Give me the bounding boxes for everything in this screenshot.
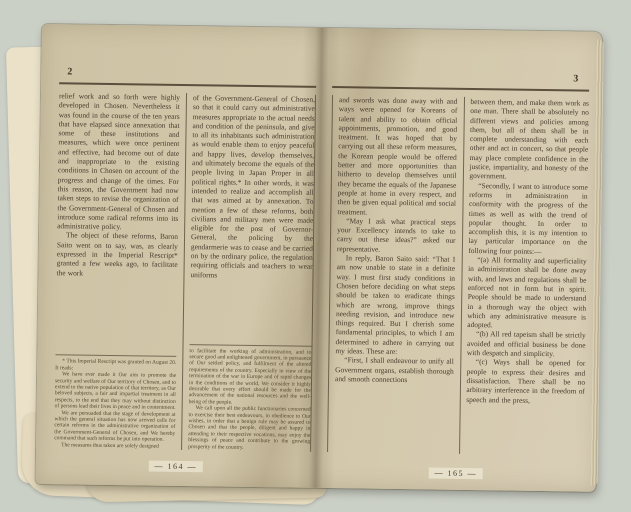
paragraph: “(a) All formality and superficiality in… (467, 255, 587, 331)
paragraph: The object of these reforms, Baron Saito… (56, 231, 178, 279)
paragraph: “Secondly, I want to introduce some refo… (468, 181, 588, 257)
open-book: 2 relief work and so forth were highly d… (36, 24, 602, 492)
column-2: of the Government-General of Chosen, so … (181, 93, 315, 452)
paragraph: We call upon all the public functionarie… (188, 405, 311, 452)
page-right-header: 3 (332, 54, 589, 92)
page-right: 3 and swords was done away with and ways… (316, 28, 602, 492)
paragraph: We have ever made it Our aim to promote … (55, 371, 177, 411)
header-rule (332, 86, 589, 92)
photo-backdrop: 2 relief work and so forth were highly d… (0, 0, 631, 512)
footer-page-number: — 165 — (428, 467, 483, 479)
paragraph: of the Government-General of Chosen, so … (190, 93, 315, 281)
body-text: between them, and make them work as one … (466, 97, 589, 405)
footer-page-number: — 164 — (149, 461, 204, 473)
page-left: 2 relief work and so forth were highly d… (36, 24, 322, 488)
page-right-content: 3 and swords was done away with and ways… (327, 54, 590, 456)
paragraph: “(c) Ways shall be opened for people to … (466, 357, 585, 405)
paragraph: to facilitate the working of administrat… (189, 348, 312, 407)
paragraph: “(b) All red tapeism shall be strictly a… (467, 329, 586, 359)
footnote: * This Imperial Rescript was granted on … (54, 355, 176, 450)
paragraph: In reply, Baron Saito said: “That I am n… (335, 253, 455, 357)
page-right-columns: and swords was done away with and ways w… (327, 95, 589, 456)
header-rule (59, 82, 316, 88)
page-number-left: 2 (67, 66, 73, 77)
paragraph: “First, I shall endeavour to unify all G… (335, 355, 454, 385)
column-1: relief work and so forth were highly dev… (54, 91, 180, 450)
body-text: and swords was done away with and ways w… (335, 95, 458, 385)
paragraph: “May I ask what practical steps your Exc… (337, 216, 456, 255)
paragraph: between them, and make them work as one … (469, 97, 589, 182)
paragraph: relief work and so forth were highly dev… (57, 91, 180, 232)
page-right-footer: — 165 — (316, 461, 596, 483)
page-left-footer: — 164 — (36, 454, 316, 476)
body-text: of the Government-General of Chosen, so … (190, 93, 315, 281)
page-left-header: 2 (59, 50, 316, 88)
page-left-content: 2 relief work and so forth were highly d… (54, 50, 317, 452)
body-text: relief work and so forth were highly dev… (56, 91, 180, 279)
page-left-columns: relief work and so forth were highly dev… (54, 91, 316, 452)
paragraph: and swords was done away with and ways w… (337, 95, 457, 218)
column-1: and swords was done away with and ways w… (334, 95, 457, 454)
paragraph: The measures thus taken are solely desig… (54, 442, 175, 450)
column-2: between them, and make them work as one … (459, 97, 589, 456)
page-number-right: 3 (573, 73, 579, 84)
footnote: to facilitate the working of administrat… (188, 344, 311, 452)
paragraph: We are persuaded that the stage of devel… (54, 410, 175, 444)
